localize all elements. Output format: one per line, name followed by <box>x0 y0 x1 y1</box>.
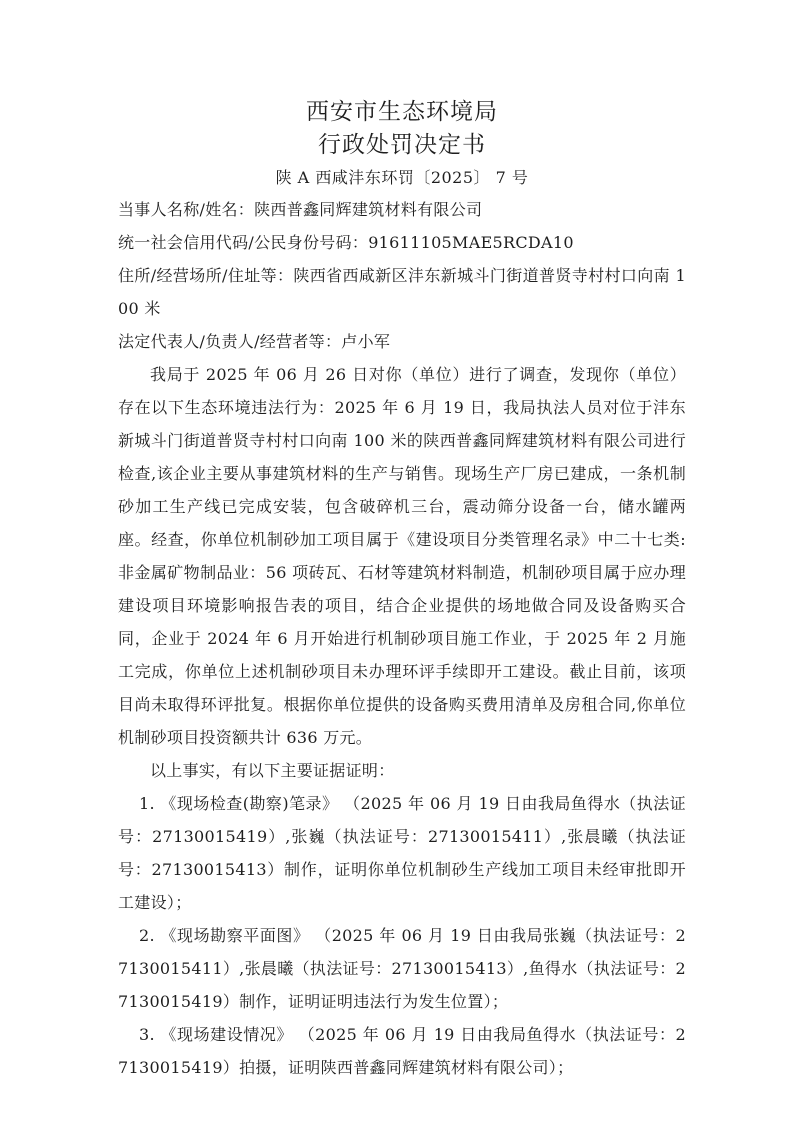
legal-representative-line: 法定代表人/负责人/经营者等：卢小军 <box>118 325 686 358</box>
evidence-intro: 以上事实，有以下主要证据证明： <box>118 754 686 787</box>
agency-title: 西安市生态环境局 <box>118 96 686 129</box>
document-type-title: 行政处罚决定书 <box>118 129 686 162</box>
party-name-line: 当事人名称/姓名：陕西普鑫同辉建筑材料有限公司 <box>118 193 686 226</box>
evidence-item-1: 1. 《现场检查(勘察)笔录》 （2025 年 06 月 19 日由我局鱼得水（… <box>118 787 686 919</box>
credit-code-line: 统一社会信用代码/公民身份号码：91611105MAE5RCDA10 <box>118 226 686 259</box>
document-number: 陕 A 西咸沣东环罚〔2025〕 7 号 <box>118 162 686 193</box>
document-page: 西安市生态环境局 行政处罚决定书 陕 A 西咸沣东环罚〔2025〕 7 号 当事… <box>0 0 800 1132</box>
investigation-paragraph: 我局于 2025 年 06 月 26 日对你（单位）进行了调查，发现你（单位）存… <box>118 358 686 754</box>
evidence-item-2: 2. 《现场勘察平面图》 （2025 年 06 月 19 日由我局张巍（执法证号… <box>118 919 686 1018</box>
evidence-item-3: 3. 《现场建设情况》 （2025 年 06 月 19 日由我局鱼得水（执法证号… <box>118 1018 686 1084</box>
address-line: 住所/经营场所/住址等：陕西省西咸新区沣东新城斗门街道普贤寺村村口向南 100 … <box>118 259 686 325</box>
